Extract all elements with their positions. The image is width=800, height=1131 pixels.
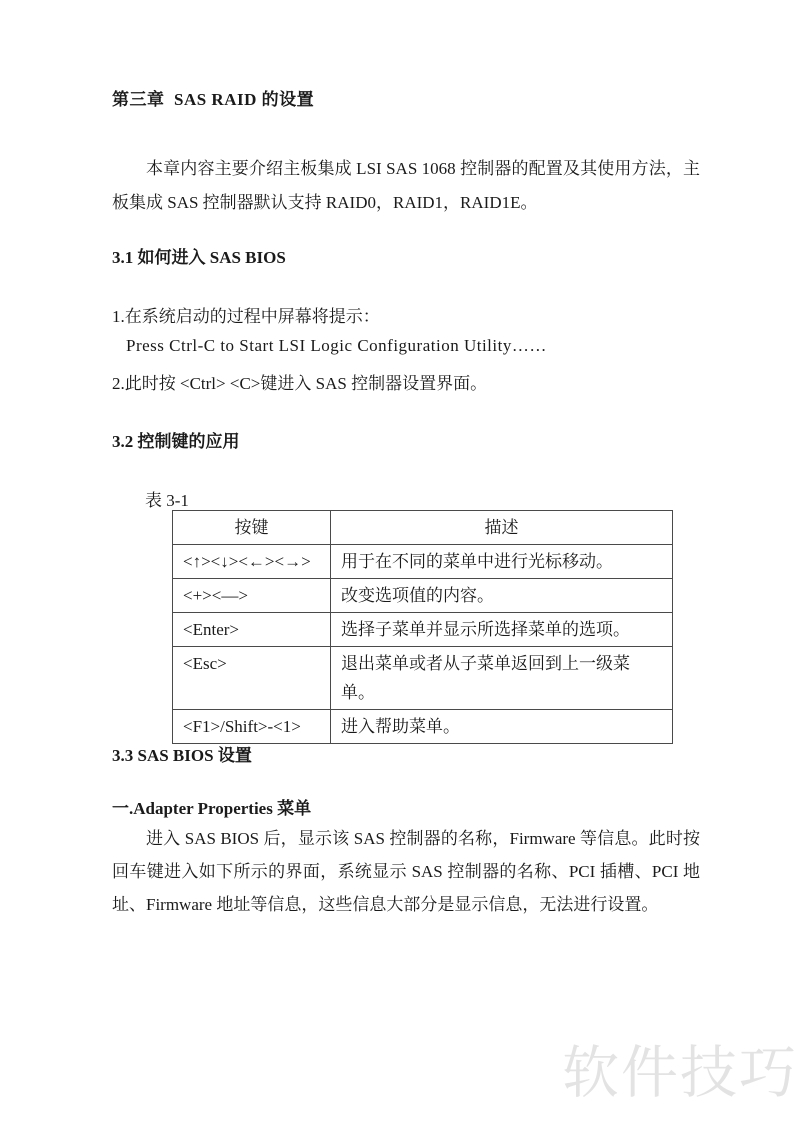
section-3-1-heading: 3.1 如何进入 SAS BIOS [112, 243, 286, 268]
table-row: <Enter> 选择子菜单并显示所选择菜单的选项。 [173, 613, 673, 647]
boot-prompt-text: Press Ctrl-C to Start LSI Logic Configur… [126, 336, 547, 356]
control-keys-table: 按键 描述 <↑><↓><←><→> 用于在不同的菜单中进行光标移动。 <+><… [172, 510, 673, 744]
description-cell: 进入帮助菜单。 [331, 710, 673, 744]
section-3-3-heading: 3.3 SAS BIOS 设置 [112, 741, 252, 766]
description-cell: 选择子菜单并显示所选择菜单的选项。 [331, 613, 673, 647]
key-cell: <Esc> [173, 647, 331, 710]
description-cell: 退出菜单或者从子菜单返回到上一级菜单。 [331, 647, 673, 710]
manual-page: 第三章 SAS RAID 的设置 本章内容主要介绍主板集成 LSI SAS 10… [0, 0, 800, 1131]
intro-paragraph: 本章内容主要介绍主板集成 LSI SAS 1068 控制器的配置及其使用方法，主… [112, 152, 700, 220]
table-header-key: 按键 [173, 511, 331, 545]
table-row: <↑><↓><←><→> 用于在不同的菜单中进行光标移动。 [173, 545, 673, 579]
description-cell: 改变选项值的内容。 [331, 579, 673, 613]
description-cell: 用于在不同的菜单中进行光标移动。 [331, 545, 673, 579]
table-caption: 表 3-1 [145, 486, 189, 511]
adapter-properties-subheading: 一.Adapter Properties 菜单 [112, 794, 311, 819]
step-1-text: 1.在系统启动的过程中屏幕将提示： [112, 302, 380, 327]
key-cell: <Enter> [173, 613, 331, 647]
table-header-row: 按键 描述 [173, 511, 673, 545]
step-2-text: 2.此时按 <Ctrl> <C>键进入 SAS 控制器设置界面。 [112, 369, 487, 394]
table-row: <+><—> 改变选项值的内容。 [173, 579, 673, 613]
watermark: 软件技巧 [562, 1027, 798, 1109]
table-header-description: 描述 [331, 511, 673, 545]
key-cell: <F1>/Shift>-<1> [173, 710, 331, 744]
chapter-title: 第三章 SAS RAID 的设置 [112, 85, 314, 110]
key-cell: <↑><↓><←><→> [173, 545, 331, 579]
adapter-properties-paragraph: 进入 SAS BIOS 后，显示该 SAS 控制器的名称，Firmware 等信… [112, 822, 700, 921]
table-row: <F1>/Shift>-<1> 进入帮助菜单。 [173, 710, 673, 744]
section-3-2-heading: 3.2 控制键的应用 [112, 427, 240, 452]
key-cell: <+><—> [173, 579, 331, 613]
table-row: <Esc> 退出菜单或者从子菜单返回到上一级菜单。 [173, 647, 673, 710]
